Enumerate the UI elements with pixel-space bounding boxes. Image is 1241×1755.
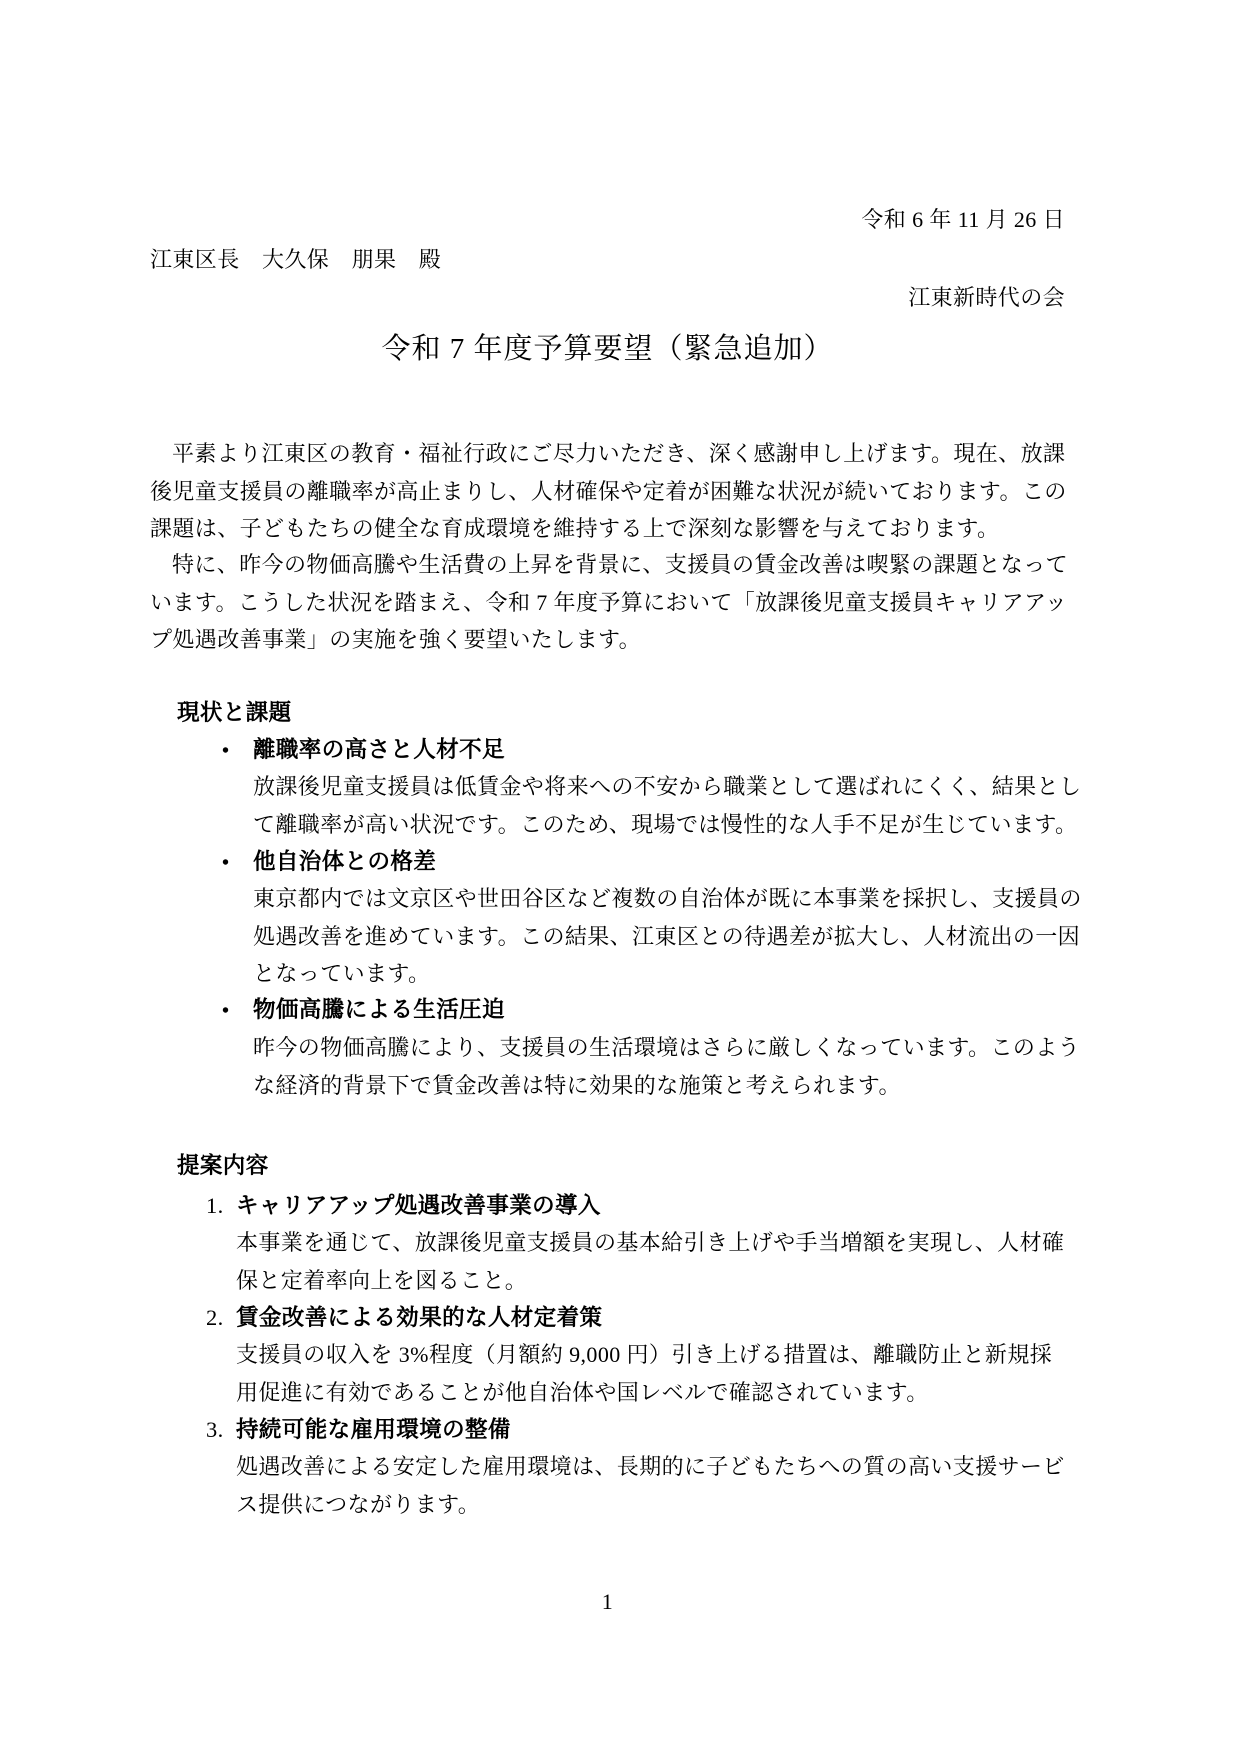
text-line: 特に、昨今の物価高騰や生活費の上昇を背景に、支援員の賃金改善は喫緊の課題となって [150,546,1065,584]
text-line: います。こうした状況を踏まえ、令和 7 年度予算において「放課後児童支援員キャリ… [150,584,1065,622]
text-line: となっています。 [253,955,1068,993]
section-heading-current-issues: 現状と課題 [177,694,1092,732]
text-line: 課題は、子どもたちの健全な育成環境を維持する上で深刻な影響を与えております。 [150,510,1065,548]
text-line: 本事業を通じて、放課後児童支援員の基本給引き上げや手当増額を実現し、人材確 [236,1224,1068,1262]
intro-paragraph-1: 平素より江東区の教育・福祉行政にご尽力いただき、深く感謝申し上げます。現在、放課… [150,435,1065,548]
text-line: 処遇改善による安定した雇用環境は、長期的に子どもたちへの質の高い支援サービ [236,1448,1068,1486]
numbered-item-3-body: 処遇改善による安定した雇用環境は、長期的に子どもたちへの質の高い支援サービ ス提… [236,1448,1068,1523]
text-line: 平素より江東区の教育・福祉行政にご尽力いただき、深く感謝申し上げます。現在、放課 [150,435,1065,473]
bullet-item-1-body: 放課後児童支援員は低賃金や将来への不安から職業として選ばれにくく、結果とし て離… [253,768,1068,843]
bullet-item-1-title: •離職率の高さと人材不足 [222,731,1137,771]
numbered-title-text: キャリアアップ処遇改善事業の導入 [236,1193,601,1218]
document-page: 令和 6 年 11 月 26 日 江東区長 大久保 朋果 殿 江東新時代の会 令… [0,0,1241,1755]
numbered-title-text: 賃金改善による効果的な人材定着策 [236,1305,602,1330]
text-line: 東京都内では文京区や世田谷区など複数の自治体が既に本事業を採択し、支援員の [253,880,1068,918]
text-line: 保と定着率向上を図ること。 [236,1262,1068,1300]
numbered-title-text: 持続可能な雇用環境の整備 [236,1417,511,1442]
text-line: な経済的背景下で賃金改善は特に効果的な施策と考えられます。 [253,1067,1068,1105]
list-number: 3. [206,1411,236,1449]
numbered-item-1-title: 1.キャリアアップ処遇改善事業の導入 [206,1187,1121,1225]
document-date: 令和 6 年 11 月 26 日 [150,201,1065,239]
intro-paragraph-2: 特に、昨今の物価高騰や生活費の上昇を背景に、支援員の賃金改善は喫緊の課題となって… [150,546,1065,659]
bullet-item-3-body: 昨今の物価高騰により、支援員の生活環境はさらに厳しくなっています。このよう な経… [253,1029,1068,1104]
numbered-item-3-title: 3.持続可能な雇用環境の整備 [206,1411,1121,1449]
text-line: 処遇改善を進めています。この結果、江東区との待遇差が拡大し、人材流出の一因 [253,918,1068,956]
text-line: 放課後児童支援員は低賃金や将来への不安から職業として選ばれにくく、結果とし [253,768,1068,806]
bullet-item-2-title: •他自治体との格差 [222,843,1137,883]
bullet-title-text: 他自治体との格差 [253,849,436,874]
text-line: 用促進に有効であることが他自治体や国レベルで確認されています。 [236,1374,1068,1412]
list-number: 2. [206,1299,236,1337]
text-line: 昨今の物価高騰により、支援員の生活環境はさらに厳しくなっています。このよう [253,1029,1068,1067]
addressee-line: 江東区長 大久保 朋果 殿 [150,241,1065,279]
bullet-icon: • [222,733,253,771]
bullet-icon: • [222,845,253,883]
bullet-title-text: 離職率の高さと人材不足 [253,737,505,762]
bullet-title-text: 物価高騰による生活圧迫 [253,997,505,1022]
bullet-icon: • [222,993,253,1031]
numbered-item-2-body: 支援員の収入を 3%程度（月額約 9,000 円）引き上げる措置は、離職防止と新… [236,1336,1068,1411]
text-line: ス提供につながります。 [236,1486,1068,1524]
text-line: て離職率が高い状況です。このため、現場では慢性的な人手不足が生じています。 [253,806,1068,844]
page-number: 1 [150,1583,1065,1621]
text-line: 支援員の収入を 3%程度（月額約 9,000 円）引き上げる措置は、離職防止と新… [236,1336,1068,1374]
document-title: 令和 7 年度予算要望（緊急追加） [150,326,1065,372]
list-number: 1. [206,1187,236,1225]
bullet-item-2-body: 東京都内では文京区や世田谷区など複数の自治体が既に本事業を採択し、支援員の 処遇… [253,880,1068,993]
numbered-item-1-body: 本事業を通じて、放課後児童支援員の基本給引き上げや手当増額を実現し、人材確 保と… [236,1224,1068,1299]
numbered-item-2-title: 2.賃金改善による効果的な人材定着策 [206,1299,1121,1337]
text-line: 後児童支援員の離職率が高止まりし、人材確保や定着が困難な状況が続いております。こ… [150,473,1065,511]
section-heading-proposal: 提案内容 [177,1147,1092,1185]
sender-organization: 江東新時代の会 [150,279,1065,317]
text-line: プ処遇改善事業」の実施を強く要望いたします。 [150,621,1065,659]
bullet-item-3-title: •物価高騰による生活圧迫 [222,991,1137,1031]
